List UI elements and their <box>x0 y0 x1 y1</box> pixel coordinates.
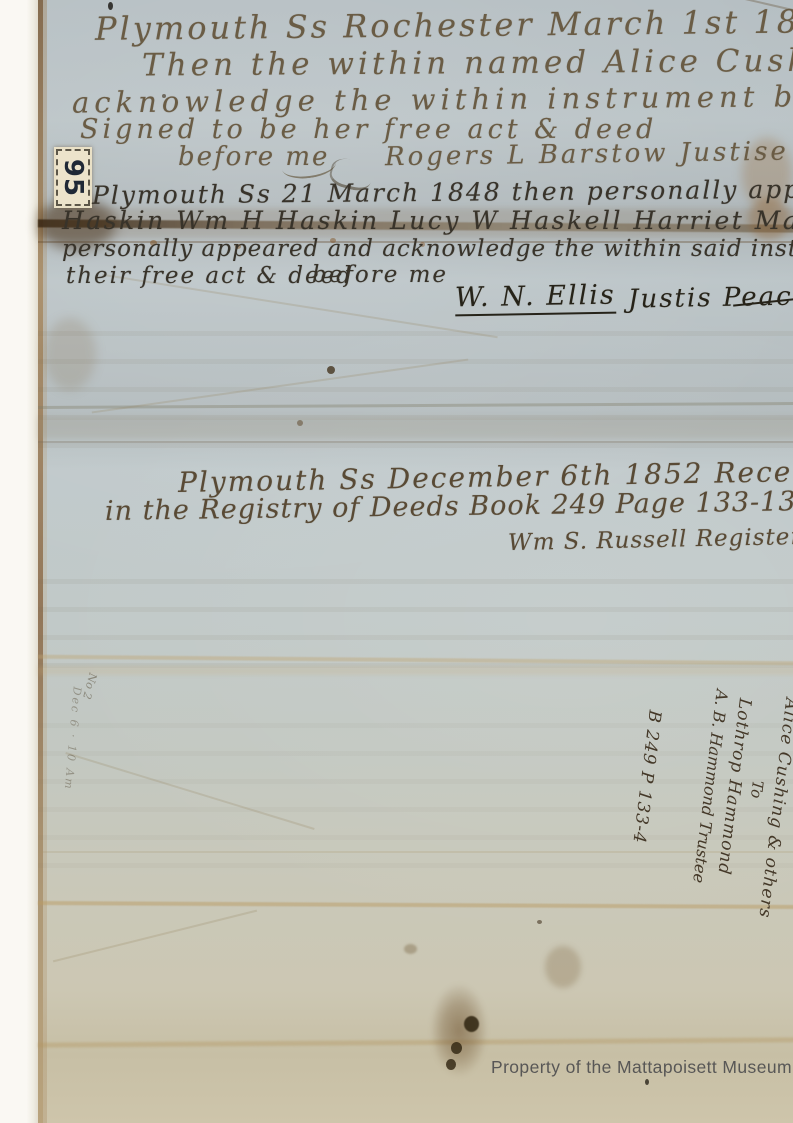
stain-spot <box>446 1059 456 1070</box>
stain-spot <box>451 1042 462 1054</box>
sticker-dashed-border: 95 <box>56 149 90 206</box>
ack-haskins-line-2: Haskin Wm H Haskin Lucy W Haskell Harrie… <box>62 206 793 235</box>
crease-line <box>38 441 793 443</box>
stain-spot <box>464 1016 479 1032</box>
ack-haskins-before-me: before me <box>312 262 448 288</box>
archive-number-label: 95 <box>58 158 88 196</box>
stain-spot <box>327 366 335 374</box>
museum-watermark: Property of the Mattapoisett Museum <box>491 1057 792 1078</box>
ink-showthrough-band <box>38 700 793 890</box>
stain-smudge <box>545 946 581 988</box>
ack-haskins-line-4: their free act & deed <box>66 263 353 289</box>
crease-band <box>38 417 793 439</box>
stain-spot <box>297 420 303 426</box>
ellis-signature: W. N. Ellis <box>455 280 616 317</box>
ink-showthrough-band <box>38 556 793 668</box>
scanner-margin <box>0 0 38 1123</box>
scanned-deed-page: { "page": { "archive_label": "95", "wate… <box>0 0 793 1123</box>
ink-speck <box>645 1079 649 1085</box>
archive-number-sticker: 95 <box>54 147 92 208</box>
stain-blotch <box>430 983 488 1077</box>
ack-haskins-line-3: personally appeared and acknowledge the … <box>62 236 793 262</box>
ack-alice-line-1: Plymouth Ss Rochester March 1st 1848 <box>95 2 793 48</box>
ack-alice-line-2: Then the within named Alice Cushing <box>142 42 793 83</box>
crease-band <box>38 666 793 675</box>
stain-smudge <box>404 944 417 954</box>
crease-line <box>38 851 793 853</box>
ellis-signature-title: Justis Peace <box>628 281 793 314</box>
ink-speck <box>537 920 542 924</box>
stain-smudge <box>44 318 96 390</box>
